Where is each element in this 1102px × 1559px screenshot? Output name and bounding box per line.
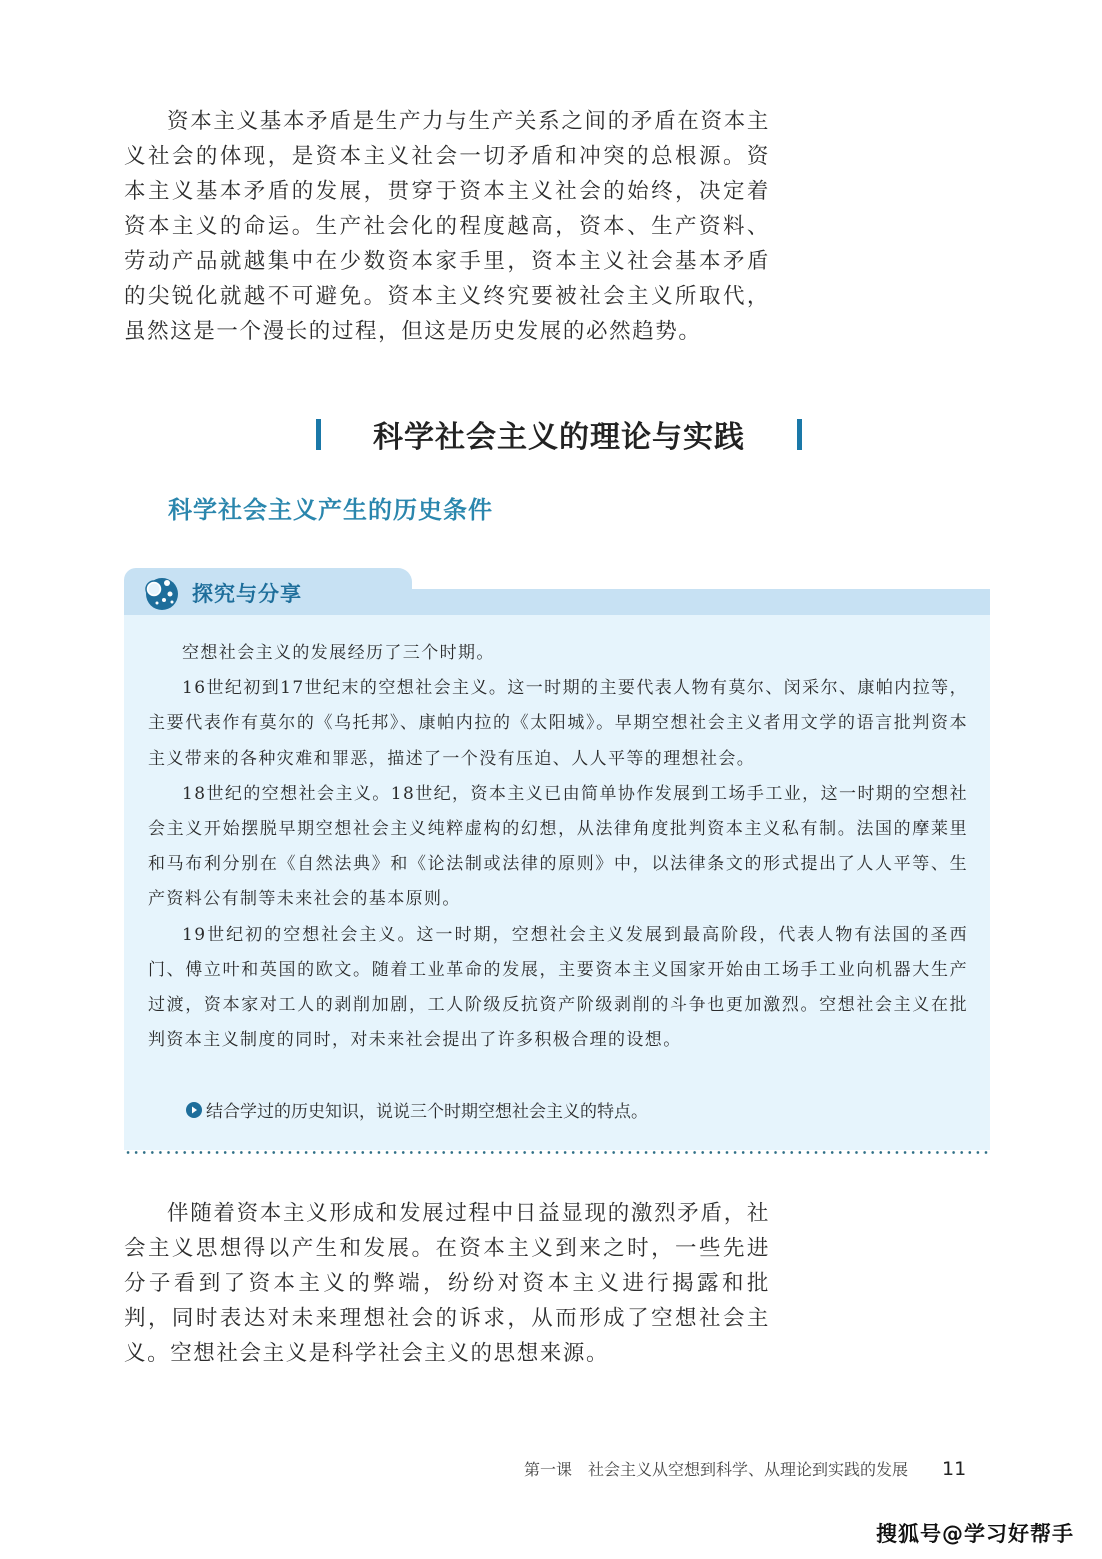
box-text: 空想社会主义的发展经历了三个时期。 16世纪初到17世纪末的空想社会主义。这一时…: [148, 636, 968, 1058]
sub-title: 科学社会主义产生的历史条件: [168, 490, 493, 525]
section-heading: 科学社会主义的理论与实践: [316, 410, 802, 458]
title-bar-right: [797, 419, 802, 450]
question-text: 结合学过的历史知识，说说三个时期空想社会主义的特点。: [206, 1097, 648, 1122]
magnifier-molecule-icon: [142, 574, 180, 612]
question-prompt: 结合学过的历史知识，说说三个时期空想社会主义的特点。: [186, 1097, 648, 1122]
section-title: 科学社会主义的理论与实践: [373, 412, 745, 456]
page-number: 11: [942, 1458, 966, 1480]
box-paragraph: 19世纪初的空想社会主义。这一时期，空想社会主义发展到最高阶段，代表人物有法国的…: [148, 918, 968, 1059]
box-paragraph: 16世纪初到17世纪末的空想社会主义。这一时期的主要代表人物有莫尔、闵采尔、康帕…: [148, 671, 968, 777]
chapter-title: 社会主义从空想到科学、从理论到实践的发展: [588, 1457, 908, 1480]
lesson-label: 第一课: [524, 1457, 572, 1480]
page-footer: 第一课 社会主义从空想到科学、从理论到实践的发展 11: [524, 1457, 966, 1480]
dotted-divider: [124, 1151, 992, 1154]
box-label: 探究与分享: [192, 578, 302, 608]
box-paragraph: 空想社会主义的发展经历了三个时期。: [148, 636, 968, 671]
watermark: 搜狐号@学习好帮手: [876, 1518, 1074, 1548]
play-arrow-icon: [186, 1102, 202, 1118]
title-bar-left: [316, 419, 321, 450]
box-paragraph: 18世纪的空想社会主义。18世纪，资本主义已由简单协作发展到工场手工业，这一时期…: [148, 777, 968, 918]
outro-paragraph: 伴随着资本主义形成和发展过程中日益显现的激烈矛盾，社会主义思想得以产生和发展。在…: [124, 1196, 770, 1371]
intro-paragraph: 资本主义基本矛盾是生产力与生产关系之间的矛盾在资本主义社会的体现，是资本主义社会…: [124, 104, 770, 349]
